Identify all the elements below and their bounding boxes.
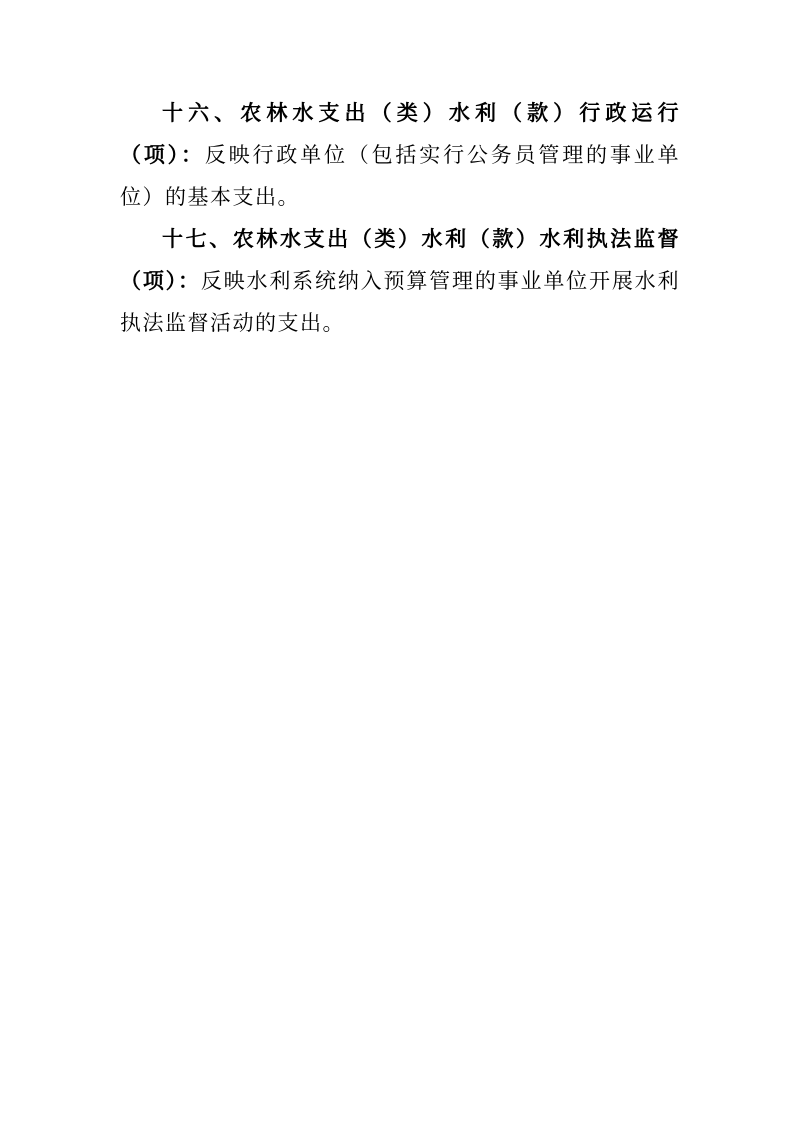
document-body: 十六、农林水支出（类）水利（款）行政运行（项）：反映行政单位（包括实行公务员管理… [120, 92, 680, 344]
document-page: 十六、农林水支出（类）水利（款）行政运行（项）：反映行政单位（包括实行公务员管理… [0, 0, 793, 1122]
paragraph-17: 十七、农林水支出（类）水利（款）水利执法监督（项）：反映水利系统纳入预算管理的事… [120, 218, 680, 344]
paragraph-16-body: 反映行政单位（包括实行公务员管理的事业单位）的基本支出。 [120, 143, 680, 209]
paragraph-16: 十六、农林水支出（类）水利（款）行政运行（项）：反映行政单位（包括实行公务员管理… [120, 92, 680, 218]
paragraph-17-body: 反映水利系统纳入预算管理的事业单位开展水利执法监督活动的支出。 [120, 269, 680, 335]
